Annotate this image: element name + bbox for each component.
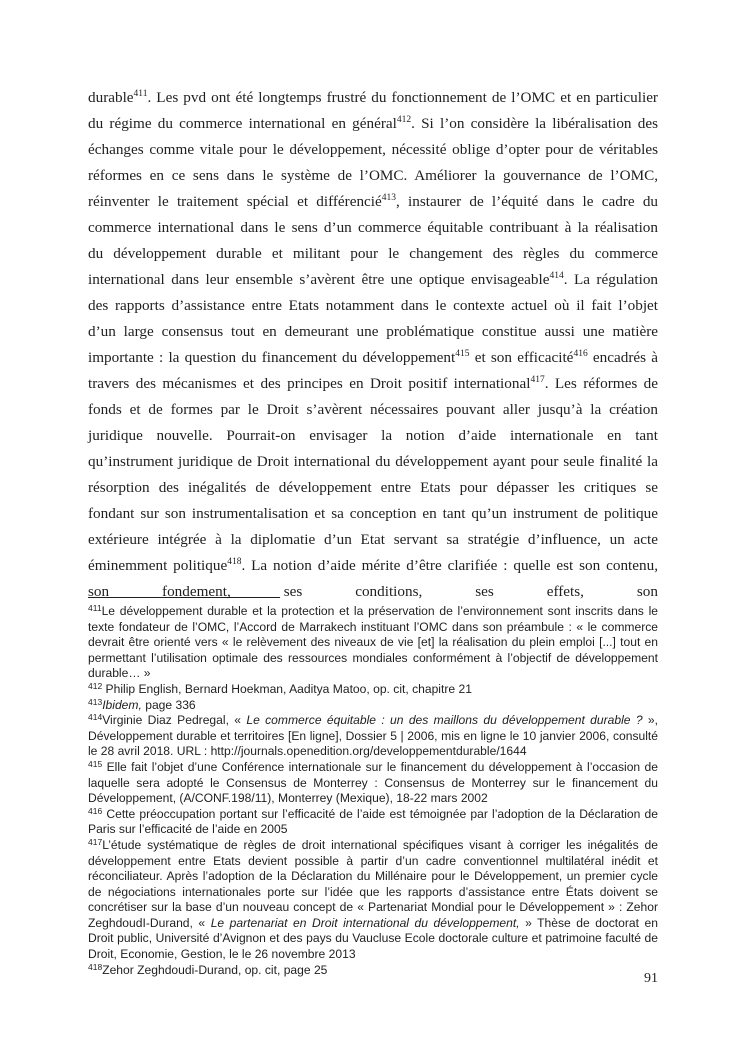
footnote-reference: 417 (530, 375, 544, 385)
footnote-413: 413Ibidem, page 336 (88, 698, 658, 714)
footnote-reference: 415 (455, 349, 469, 359)
footnote-417: 417L’étude systématique de règles de dro… (88, 838, 658, 963)
footnote-418: 418Zehor Zeghdoudi-Durand, op. cit, page… (88, 963, 658, 979)
footnote-number: 411 (88, 603, 102, 613)
footnote-section: 411Le développement durable et la protec… (88, 597, 658, 978)
footnote-411: 411Le développement durable et la protec… (88, 604, 658, 682)
text-run: Le développement durable et la protectio… (88, 604, 658, 680)
text-run: durable (88, 89, 134, 106)
footnote-416: 416 Cette préoccupation portant sur l’ef… (88, 807, 658, 838)
text-run: Zehor Zeghdoudi-Durand, op. cit, page 25 (102, 963, 327, 977)
body-paragraph: durable411. Les pvd ont été longtemps fr… (88, 85, 658, 605)
footnote-number: 418 (88, 962, 102, 972)
footnote-separator (88, 597, 280, 598)
document-page: durable411. Les pvd ont été longtemps fr… (0, 0, 744, 1053)
page-number: 91 (644, 970, 658, 988)
italic-text: Le partenariat en Droit international du… (211, 916, 520, 930)
footnote-414: 414Virginie Diaz Pedregal, « Le commerce… (88, 713, 658, 760)
text-run: . Les réformes de fonds et de formes par… (88, 375, 658, 574)
text-run: Cette préoccupation portant sur l’effica… (88, 807, 658, 837)
footnote-415: 415 Elle fait l’objet d’une Conférence i… (88, 760, 658, 807)
footnote-number: 415 (88, 759, 102, 769)
footnote-reference: 416 (573, 349, 587, 359)
italic-text: Ibidem, (102, 698, 142, 712)
footnote-reference: 414 (549, 271, 563, 281)
text-run: et son efficacité (469, 349, 573, 366)
footnote-412: 412 Philip English, Bernard Hoekman, Aad… (88, 682, 658, 698)
text-run: page 336 (142, 698, 196, 712)
footnote-number: 413 (88, 697, 102, 707)
footnote-reference: 413 (382, 193, 396, 203)
italic-text: Le commerce équitable : un des maillons … (246, 713, 648, 727)
footnote-reference: 411 (134, 89, 148, 99)
text-run: Elle fait l’objet d’une Conférence inter… (88, 760, 658, 805)
text-run: Philip English, Bernard Hoekman, Aaditya… (102, 682, 472, 696)
footnote-reference: 412 (397, 115, 411, 125)
footnote-reference: 418 (227, 557, 241, 567)
footnote-number: 414 (88, 712, 102, 722)
footnote-number: 416 (88, 806, 102, 816)
text-run: Virginie Diaz Pedregal, « (102, 713, 246, 727)
footnote-number: 417 (88, 837, 102, 847)
footnote-list: 411Le développement durable et la protec… (88, 604, 658, 978)
footnote-number: 412 (88, 681, 102, 691)
